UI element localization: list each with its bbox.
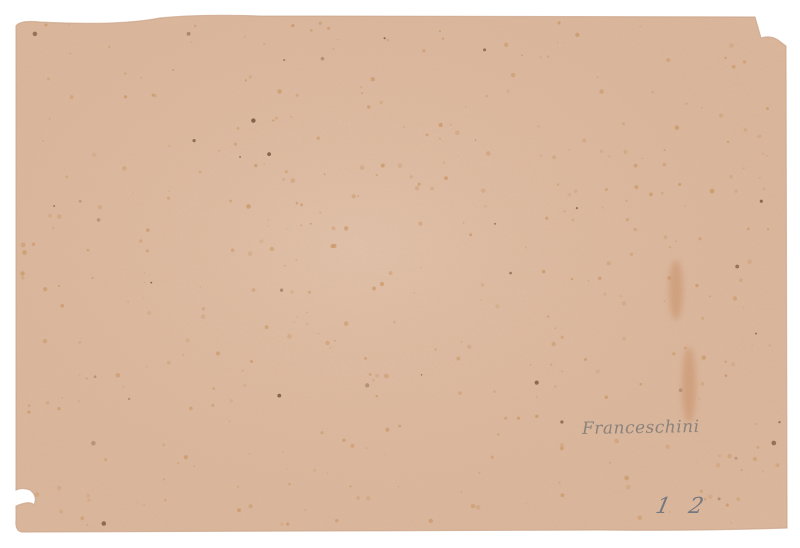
inventory-number: 1 2 <box>653 494 711 519</box>
paper-scene <box>0 0 800 548</box>
pencil-signature: Franceschini <box>582 417 700 439</box>
paper-texture <box>0 0 800 548</box>
